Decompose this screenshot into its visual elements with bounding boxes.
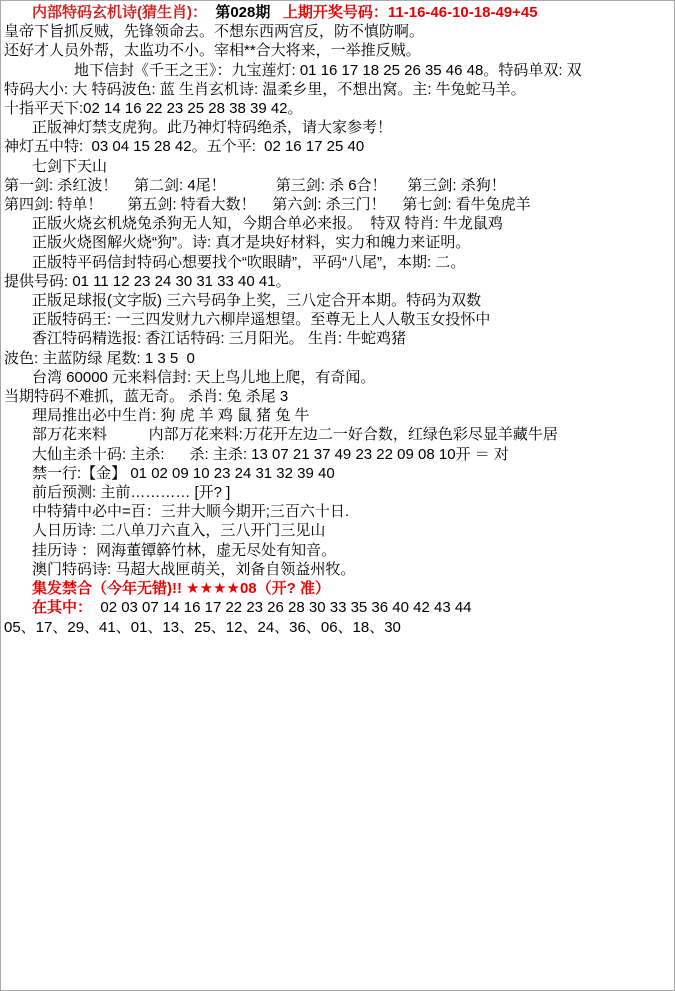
text-segment: 第四剑: 特单！ 第五剑: 特看大数！ 第六剑: 杀三门！ 第七剑: 看牛兔虎羊 <box>4 196 531 213</box>
text-segment: 挂历诗 ：网海董镡簳竹林，虚无尽处有知音。 <box>32 542 336 559</box>
text-segment: 第一剑: 杀红波！ 第二剑: 4尾！ 第三剑: 杀 6合！ 第三剑: 杀狗！ <box>4 177 506 194</box>
text-line: 正版火烧图解火烧“狗”。诗: 真才是块好材料，实力和魄力来证明。 <box>4 233 672 252</box>
text-line: 还好才人员外帮，太监功不小。宰相**合大将来，一举推反贼。 <box>4 41 672 60</box>
text-segment: 十指平天下:02 14 16 22 23 25 28 38 39 42。 <box>4 100 303 117</box>
text-segment: 澳门特码诗: 马超大战匣萌关，刘备自领益州牧。 <box>32 561 355 578</box>
lottery-tip-sheet: 内部特码玄机诗(猜生肖)： 第028期 上期开奖号码：11-16-46-10-1… <box>0 0 675 991</box>
text-segment: 正版神灯禁支虎狗。此乃神灯特码绝杀，请大家参考！ <box>32 119 392 136</box>
text-line: 正版火烧玄机烧兔杀狗无人知，今期合单必来报。 特双 特肖: 牛龙鼠鸡 <box>4 214 672 233</box>
text-segment: 台湾 60000 元来料信封: 天上鸟儿地上爬，有奇闻。 <box>32 369 375 386</box>
text-line: 神灯五中特: 03 04 15 28 42。五个平: 02 16 17 25 4… <box>4 137 672 156</box>
text-segment: 部万花来料 内部万花来料:万花开左边二一好合数，红绿色彩尽显羊藏牛居 <box>32 426 558 443</box>
text-content: 内部特码玄机诗(猜生肖)： 第028期 上期开奖号码：11-16-46-10-1… <box>1 1 674 637</box>
text-line: 第四剑: 特单！ 第五剑: 特看大数！ 第六剑: 杀三门！ 第七剑: 看牛兔虎羊 <box>4 195 672 214</box>
text-line: 第一剑: 杀红波！ 第二剑: 4尾！ 第三剑: 杀 6合！ 第三剑: 杀狗！ <box>4 176 672 195</box>
text-line: 理局推出必中生肖: 狗 虎 羊 鸡 鼠 猪 兔 牛 <box>4 406 672 425</box>
text-line: 部万花来料 内部万花来料:万花开左边二一好合数，红绿色彩尽显羊藏牛居 <box>4 425 672 444</box>
text-segment: 大仙主杀十码: 主杀: 杀: 主杀: 13 07 21 37 49 23 22 … <box>32 446 509 463</box>
text-segment: 七剑下天山 <box>32 158 107 175</box>
text-line: 提供号码: 01 11 12 23 24 30 31 33 40 41。 <box>4 272 672 291</box>
text-segment: 正版特码王: 一三四发财九六柳岸遥想望。至尊无上人人敬玉女投怀中 <box>32 311 490 328</box>
text-line: 正版特码王: 一三四发财九六柳岸遥想望。至尊无上人人敬玉女投怀中 <box>4 310 672 329</box>
text-line: 禁一行:【金】 01 02 09 10 23 24 31 32 39 40 <box>4 464 672 483</box>
text-segment: 上期开奖号码：11-16-46-10-18-49+45 <box>275 4 538 21</box>
header-line: 内部特码玄机诗(猜生肖)： 第028期 上期开奖号码：11-16-46-10-1… <box>4 3 672 22</box>
text-line: 当期特码不难抓，蓝无奇。 杀肖: 兔 杀尾 3 <box>4 387 672 406</box>
text-segment: 皇帝下旨抓反贼，先锋领命去。不想东西两宫反，防不慎防啊。 <box>4 23 424 40</box>
text-segment: 在其中： <box>32 599 92 616</box>
text-line: 七剑下天山 <box>4 157 672 176</box>
text-segment: 香江特码精选报: 香江话特码: 三月阳光。 生肖: 牛蛇鸡猪 <box>32 330 406 347</box>
text-line: 正版特平码信封特码心想要找个“吹眼睛”，平码“八尾”，本期: 二。 <box>4 253 672 272</box>
text-line: 香江特码精选报: 香江话特码: 三月阳光。 生肖: 牛蛇鸡猪 <box>4 329 672 348</box>
text-segment: 内部特码玄机诗(猜生肖)： <box>32 4 211 21</box>
text-segment: 正版火烧玄机烧兔杀狗无人知，今期合单必来报。 特双 特肖: 牛龙鼠鸡 <box>32 215 503 232</box>
text-line: 台湾 60000 元来料信封: 天上鸟儿地上爬，有奇闻。 <box>4 368 672 387</box>
text-line: 中特猜中必中=百：三井大顺今期开;三百六十日. <box>4 502 672 521</box>
text-segment: 中特猜中必中=百：三井大顺今期开;三百六十日. <box>32 503 349 520</box>
text-segment: 正版特平码信封特码心想要找个“吹眼睛”，平码“八尾”，本期: 二。 <box>32 254 465 271</box>
text-segment: 02 03 07 14 16 17 22 23 26 28 30 33 35 3… <box>92 599 472 616</box>
text-line: 大仙主杀十码: 主杀: 杀: 主杀: 13 07 21 37 49 23 22 … <box>4 445 672 464</box>
text-segment: 正版火烧图解火烧“狗”。诗: 真才是块好材料，实力和魄力来证明。 <box>32 234 470 251</box>
text-line: 波色: 主蓝防绿 尾数: 1 3 5 0 <box>4 349 672 368</box>
text-segment: 还好才人员外帮，太监功不小。宰相**合大将来，一举推反贼。 <box>4 42 421 59</box>
text-segment: 地下信封《千王之王》：九宝莲灯: 01 16 17 18 25 26 35 46… <box>74 62 582 79</box>
text-line: 挂历诗 ：网海董镡簳竹林，虚无尽处有知音。 <box>4 541 672 560</box>
text-segment: 前后预测: 主前………… [开? ] <box>32 484 230 501</box>
text-segment: 集发禁合（今年无错)!! ★★★★08（开? 准） <box>32 580 330 597</box>
text-segment: 人日历诗: 二八单刀六直入，三八开门三见山 <box>32 522 325 539</box>
text-segment: 理局推出必中生肖: 狗 虎 羊 鸡 鼠 猪 兔 牛 <box>32 407 310 424</box>
text-line: 皇帝下旨抓反贼，先锋领命去。不想东西两宫反，防不慎防啊。 <box>4 22 672 41</box>
text-line: 05、17、29、41、01、13、25、12、24、36、06、18、30 <box>4 618 672 637</box>
text-line: 人日历诗: 二八单刀六直入，三八开门三见山 <box>4 521 672 540</box>
text-segment: 波色: 主蓝防绿 尾数: 1 3 5 0 <box>4 350 195 367</box>
text-line: 正版神灯禁支虎狗。此乃神灯特码绝杀，请大家参考！ <box>4 118 672 137</box>
text-line: 前后预测: 主前………… [开? ] <box>4 483 672 502</box>
text-line: 特码大小: 大 特码波色: 蓝 生肖玄机诗: 温柔乡里，不想出窝。主: 牛兔蛇马… <box>4 80 672 99</box>
text-segment: 第028期 <box>211 4 274 21</box>
text-line: 地下信封《千王之王》：九宝莲灯: 01 16 17 18 25 26 35 46… <box>4 61 672 80</box>
text-segment: 正版足球报(文字版) 三六号码争上奖，三八定合开本期。特码为双数 <box>32 292 481 309</box>
text-segment: 禁一行:【金】 01 02 09 10 23 24 31 32 39 40 <box>32 465 335 482</box>
text-segment: 特码大小: 大 特码波色: 蓝 生肖玄机诗: 温柔乡里，不想出窝。主: 牛兔蛇马… <box>4 81 526 98</box>
text-segment: 当期特码不难抓，蓝无奇。 杀肖: 兔 杀尾 3 <box>4 388 288 405</box>
text-segment: 提供号码: 01 11 12 23 24 30 31 33 40 41。 <box>4 273 291 290</box>
text-line: 集发禁合（今年无错)!! ★★★★08（开? 准） <box>4 579 672 598</box>
text-segment: 神灯五中特: 03 04 15 28 42。五个平: 02 16 17 25 4… <box>4 138 364 155</box>
text-line: 十指平天下:02 14 16 22 23 25 28 38 39 42。 <box>4 99 672 118</box>
text-segment: 05、17、29、41、01、13、25、12、24、36、06、18、30 <box>4 619 401 636</box>
text-line: 正版足球报(文字版) 三六号码争上奖，三八定合开本期。特码为双数 <box>4 291 672 310</box>
text-line: 澳门特码诗: 马超大战匣萌关，刘备自领益州牧。 <box>4 560 672 579</box>
text-line: 在其中： 02 03 07 14 16 17 22 23 26 28 30 33… <box>4 598 672 617</box>
